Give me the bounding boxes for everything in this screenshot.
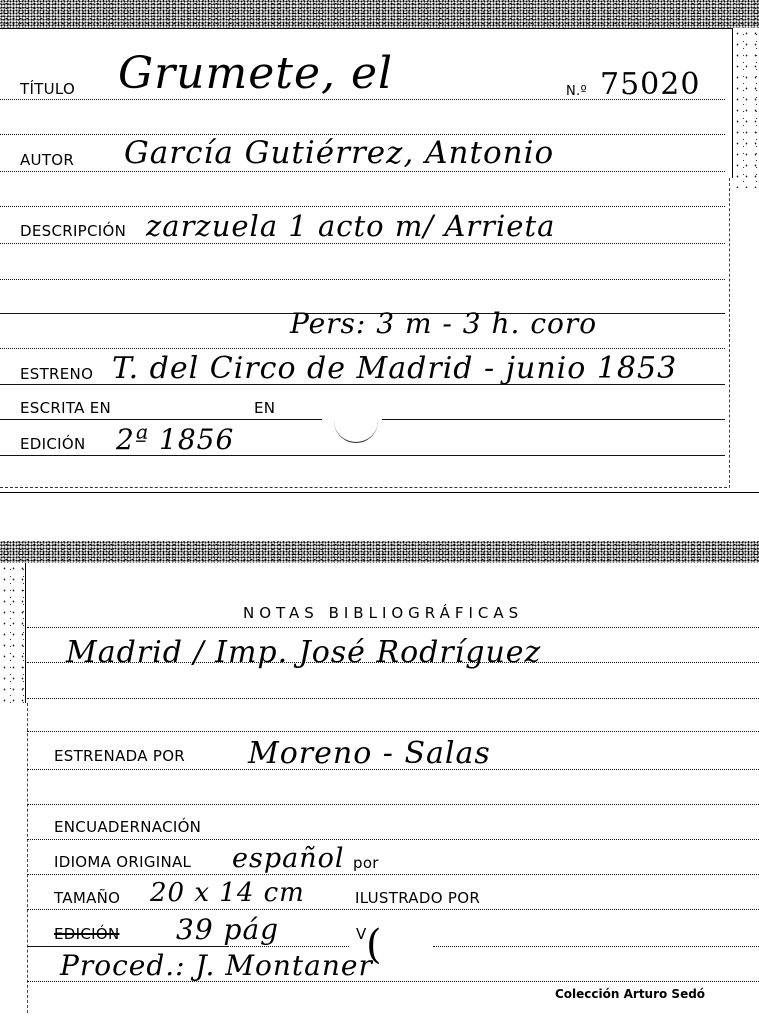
stamp-mark bbox=[334, 412, 378, 443]
descripcion-value: zarzuela 1 acto m/ Arrieta bbox=[146, 212, 555, 241]
notas-rule-1 bbox=[27, 627, 759, 628]
personajes-rule bbox=[0, 348, 725, 349]
card-top-right-edge bbox=[732, 28, 733, 178]
estrenada-por-value: Moreno - Salas bbox=[248, 739, 491, 769]
descripcion-label: DESCRIPCIÓN bbox=[20, 224, 126, 239]
estreno-value: T. del Circo de Madrid - junio 1853 bbox=[112, 354, 677, 384]
estrenada-por-rule bbox=[27, 769, 759, 770]
escrita-en-label: ESCRITA EN bbox=[20, 401, 111, 416]
scan-border-left bbox=[0, 563, 24, 703]
encuadernacion-label: ENCUADERNACIÓN bbox=[54, 820, 201, 835]
rule-6 bbox=[0, 279, 725, 280]
notas-line-value: Madrid / Imp. José Rodríguez bbox=[66, 638, 541, 668]
escrita-en-rule bbox=[0, 419, 322, 420]
descripcion-rule bbox=[0, 243, 725, 244]
edicion-rule-right bbox=[433, 946, 759, 947]
titulo-label: TÍTULO bbox=[20, 82, 75, 97]
encuadernacion-rule bbox=[27, 839, 759, 840]
card-top-bottom-edge bbox=[0, 487, 727, 488]
card-bottom-left-edge bbox=[25, 563, 26, 703]
card-top-right-edge-dashed bbox=[729, 178, 730, 488]
edicion-rule-left bbox=[27, 946, 227, 947]
notas-rule-6 bbox=[27, 804, 759, 805]
page-separator bbox=[0, 492, 759, 493]
procedencia-rule bbox=[27, 981, 759, 982]
edicion-pages-value: 39 pág bbox=[176, 916, 279, 944]
card-bottom-left-edge-dashed bbox=[27, 703, 28, 1013]
tamano-label: TAMAÑO bbox=[54, 891, 120, 906]
notas-rule-4 bbox=[27, 731, 759, 732]
estreno-label: ESTRENO bbox=[20, 367, 93, 382]
scan-border-top bbox=[0, 0, 759, 28]
notas-rule-2 bbox=[27, 662, 759, 663]
idioma-original-value: español bbox=[232, 845, 345, 872]
personajes-value: Pers: 3 m - 3 h. coro bbox=[290, 310, 597, 338]
numero-label: N.º bbox=[566, 85, 587, 98]
scan-border-right bbox=[733, 28, 759, 188]
edicion-rule-mid bbox=[227, 946, 349, 947]
edicion-struck-label: EDICIÓN bbox=[54, 927, 119, 942]
tamano-rule bbox=[27, 909, 759, 910]
titulo-rule bbox=[0, 99, 725, 100]
titulo-value: Grumete, el bbox=[118, 52, 393, 96]
card-top-top-edge bbox=[0, 28, 733, 29]
idioma-original-label: IDIOMA ORIGINAL bbox=[54, 855, 191, 870]
en-label: EN bbox=[254, 401, 275, 416]
notas-bibliograficas-heading: NOTAS BIBLIOGRÁFICAS bbox=[243, 604, 523, 622]
ilustrado-por-label: ILUSTRADO POR bbox=[355, 891, 480, 906]
numero-value: 75020 bbox=[600, 70, 700, 100]
autor-value: García Gutiérrez, Antonio bbox=[124, 138, 554, 169]
v-label: V bbox=[356, 927, 367, 942]
en-rule bbox=[382, 419, 725, 420]
tamano-value: 20 x 14 cm bbox=[150, 880, 305, 906]
estrenada-por-label: ESTRENADA POR bbox=[54, 749, 185, 764]
rule-4 bbox=[0, 206, 725, 207]
edicion-rule bbox=[0, 455, 725, 456]
procedencia-value: Proced.: J. Montaner bbox=[60, 952, 373, 980]
coleccion-credit: Colección Arturo Sedó bbox=[555, 987, 705, 1001]
por-label: por bbox=[353, 856, 379, 871]
idioma-rule bbox=[27, 874, 759, 875]
edicion-label: EDICIÓN bbox=[20, 437, 85, 452]
notas-rule-3 bbox=[27, 698, 759, 699]
scan-border-bottom-card bbox=[0, 541, 759, 563]
edicion-value: 2ª 1856 bbox=[116, 426, 234, 454]
estreno-rule bbox=[0, 384, 725, 385]
autor-label: AUTOR bbox=[20, 153, 74, 168]
autor-rule bbox=[0, 171, 725, 172]
